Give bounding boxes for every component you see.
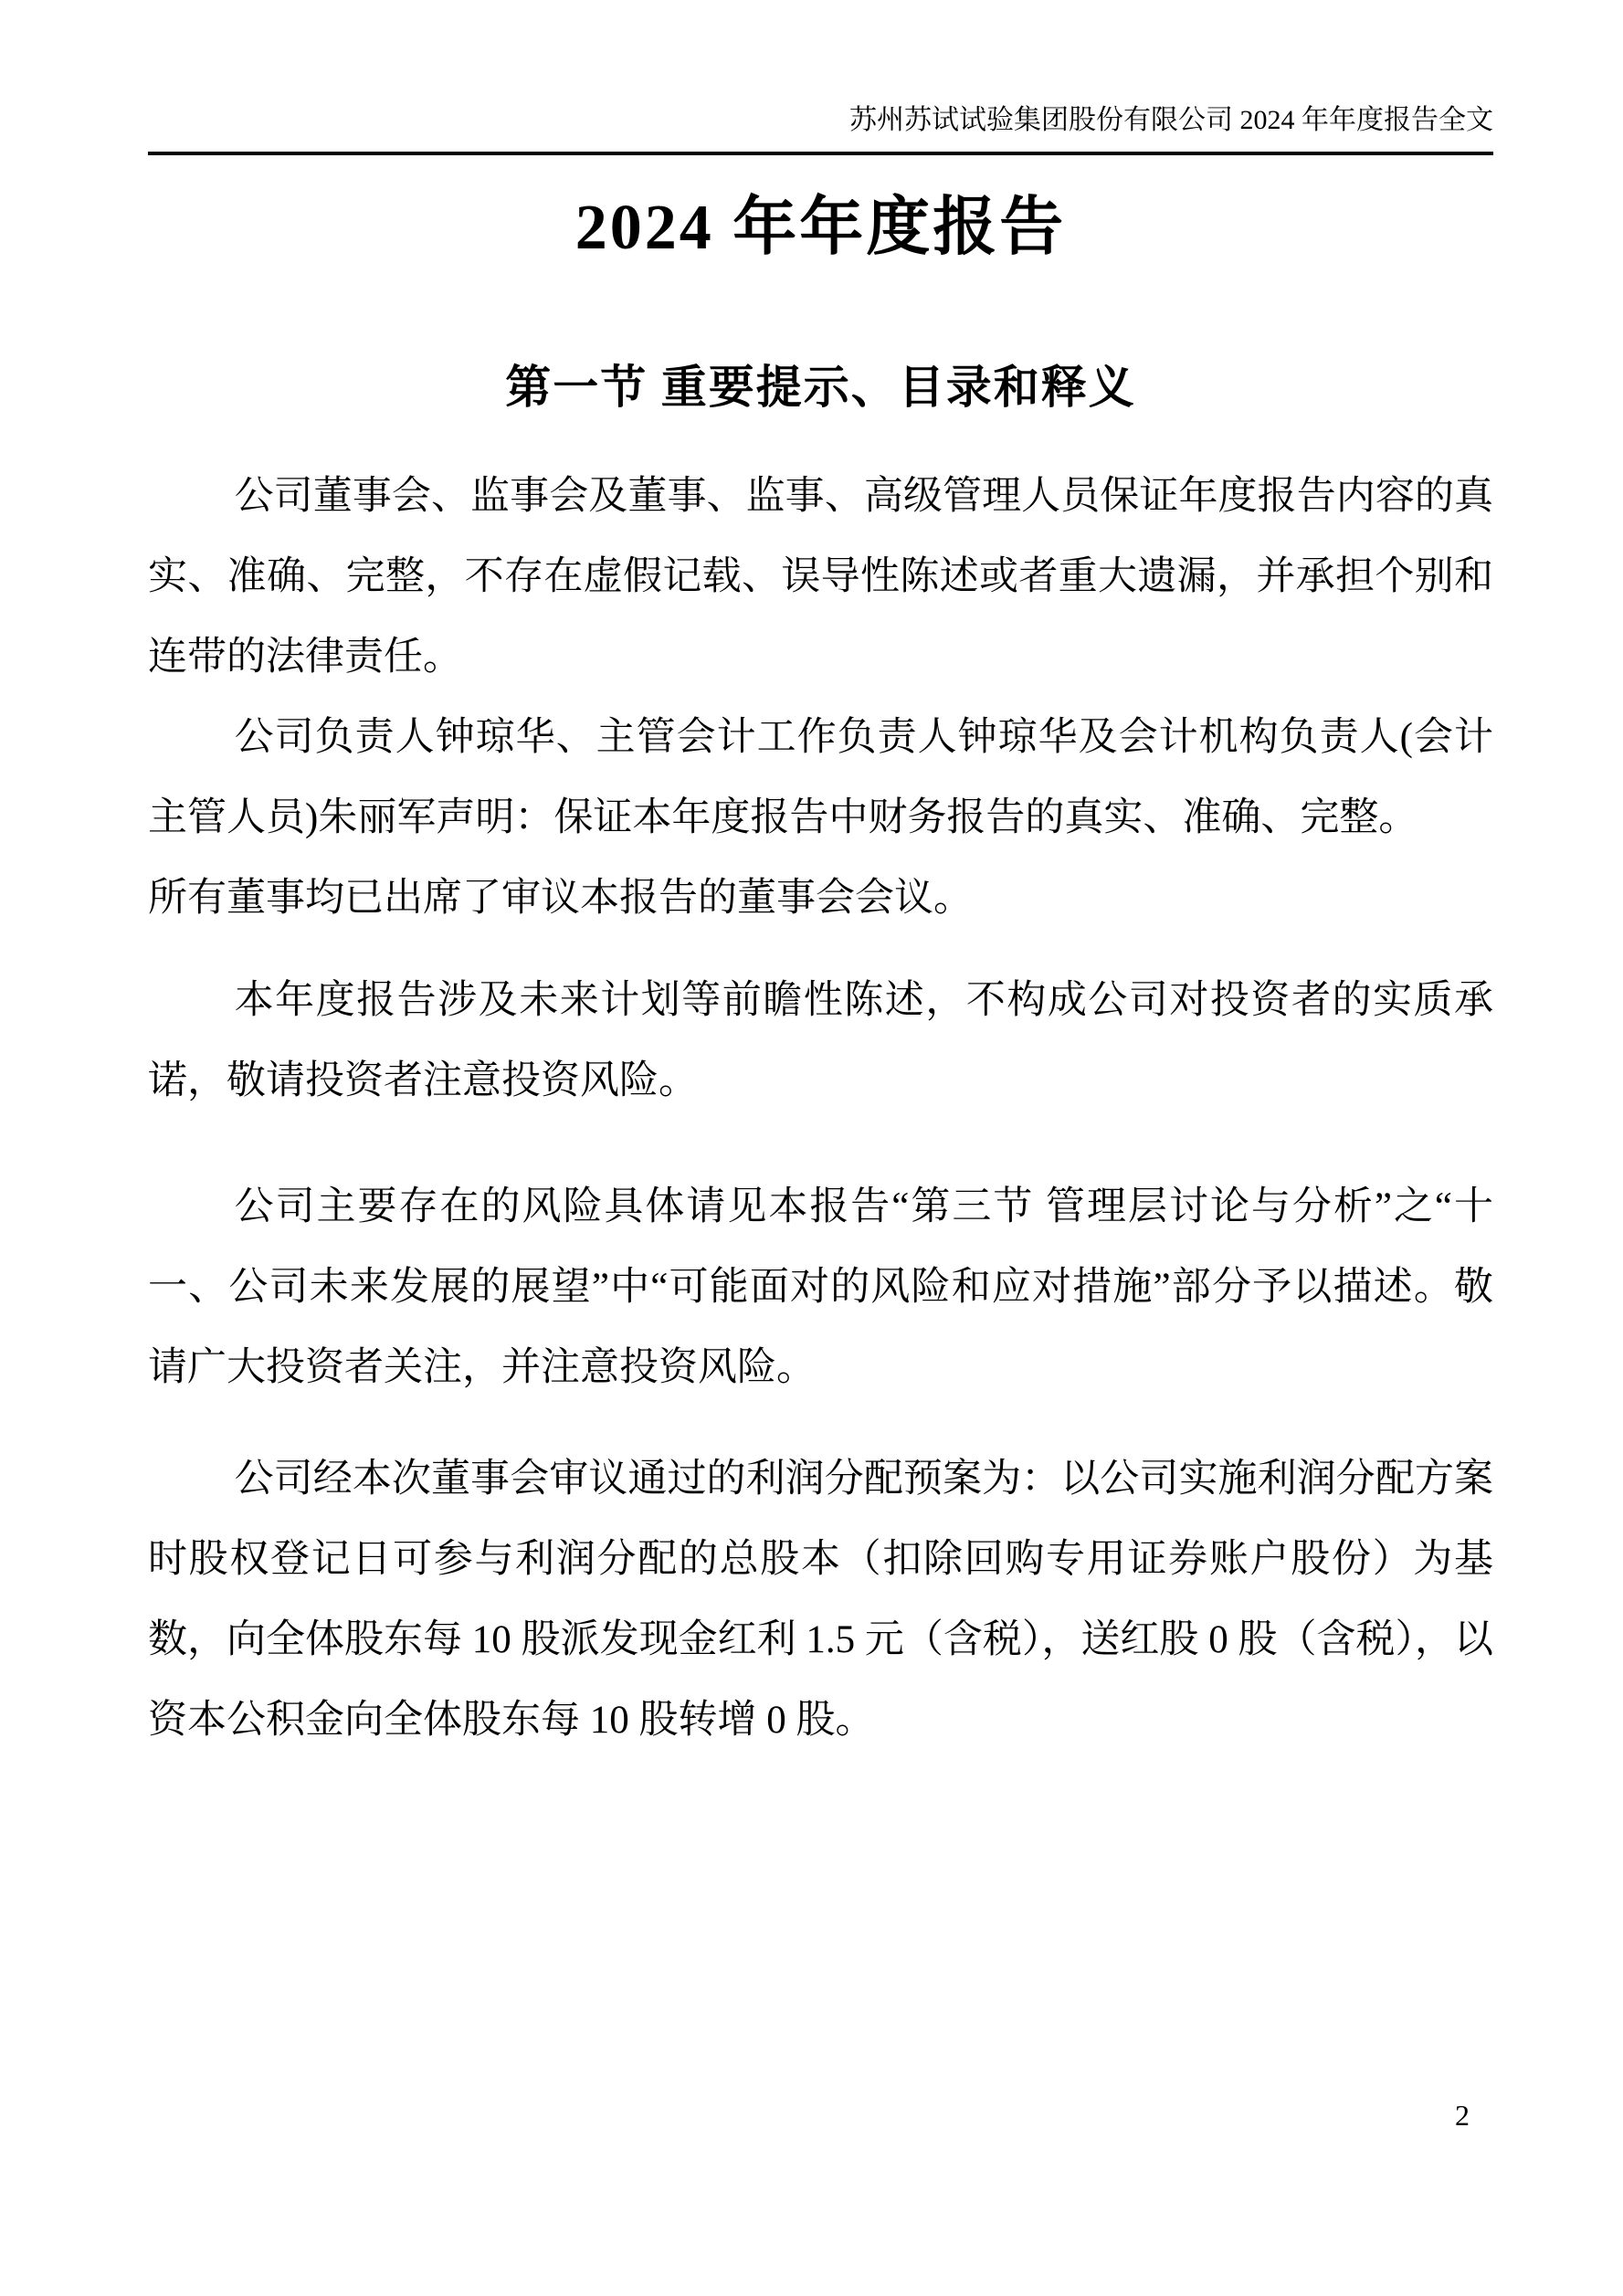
para-risk-description: 公司主要存在的风险具体请见本报告“第三节 管理层讨论与分析”之“十一、公司未来发…	[148, 1167, 1493, 1408]
page-number: 2	[1455, 2099, 1470, 2132]
report-body: 公司董事会、监事会及董事、监事、高级管理人员保证年度报告内容的真实、准确、完整，…	[148, 457, 1493, 1761]
para-accuracy-statement: 公司董事会、监事会及董事、监事、高级管理人员保证年度报告内容的真实、准确、完整，…	[148, 457, 1493, 698]
header-running-title: 苏州苏试试验集团股份有限公司 2024 年年度报告全文	[849, 105, 1493, 135]
para-forward-looking-statement: 本年度报告涉及未来计划等前瞻性陈述，不构成公司对投资者的实质承诺，敬请投资者注意…	[148, 961, 1493, 1122]
header-rule	[148, 152, 1493, 155]
para-profit-distribution-plan: 公司经本次董事会审议通过的利润分配预案为：以公司实施利润分配方案时股权登记日可参…	[148, 1439, 1493, 1761]
para-directors-attendance: 所有董事均已出席了审议本报告的董事会会议。	[148, 858, 1493, 939]
page-header: 苏州苏试试验集团股份有限公司 2024 年年度报告全文	[148, 102, 1493, 139]
document-page: 苏州苏试试验集团股份有限公司 2024 年年度报告全文 2024 年年度报告 第…	[0, 0, 1623, 2296]
report-title: 2024 年年度报告	[148, 187, 1493, 269]
para-responsible-persons: 公司负责人钟琼华、主管会计工作负责人钟琼华及会计机构负责人(会计主管人员)朱丽军…	[148, 698, 1493, 858]
section-heading: 第一节 重要提示、目录和释义	[148, 358, 1493, 416]
